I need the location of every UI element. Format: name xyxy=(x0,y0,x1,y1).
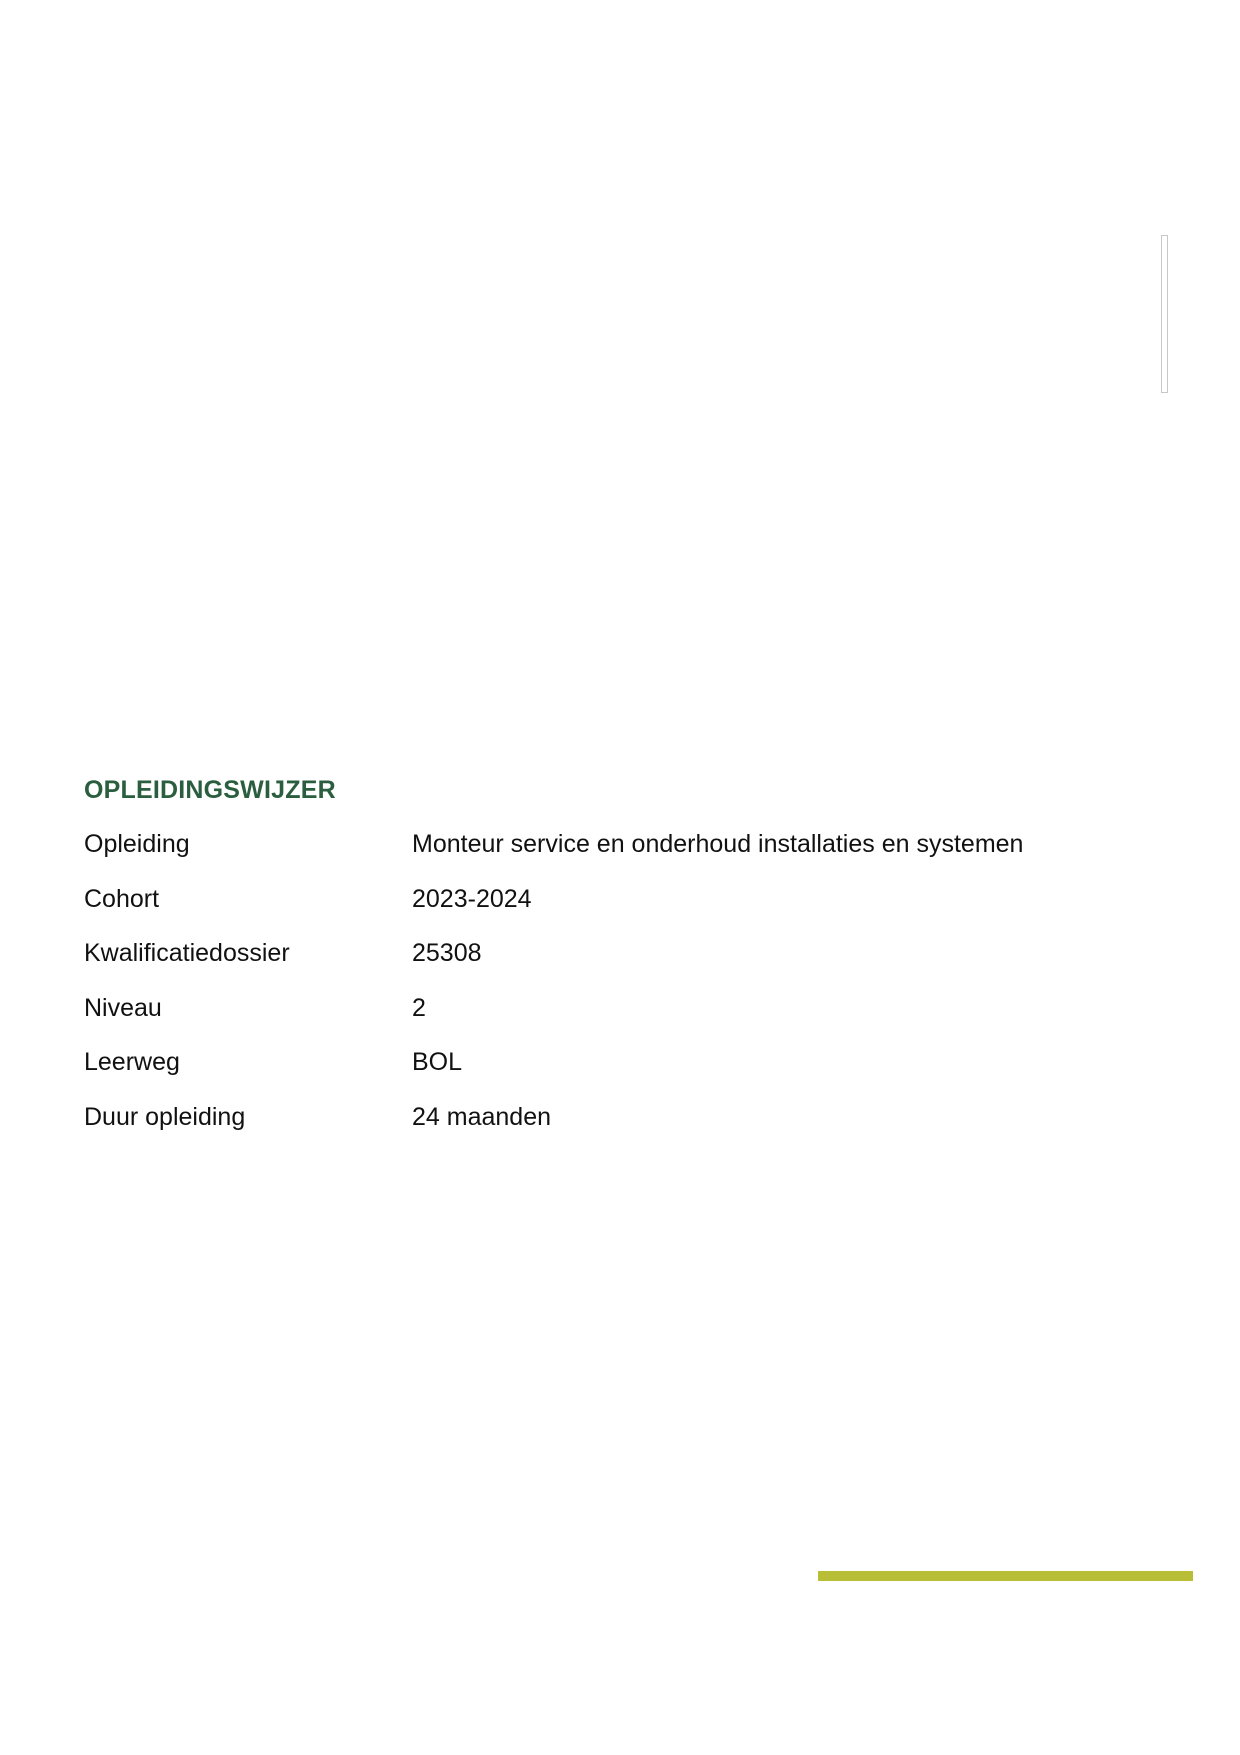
row-label: Niveau xyxy=(84,990,162,1026)
row-label: Leerweg xyxy=(84,1044,180,1080)
side-marker-frame xyxy=(1161,235,1168,393)
row-value: 2 xyxy=(412,990,426,1026)
row-label: Opleiding xyxy=(84,826,190,862)
row-value: 24 maanden xyxy=(412,1099,551,1135)
row-label: Kwalificatiedossier xyxy=(84,935,290,971)
accent-bar xyxy=(818,1571,1193,1581)
row-value: 2023-2024 xyxy=(412,881,532,917)
row-value: 25308 xyxy=(412,935,482,971)
row-label: Cohort xyxy=(84,881,159,917)
row-value: BOL xyxy=(412,1044,462,1080)
section-title: OPLEIDINGSWIJZER xyxy=(84,776,336,805)
row-value: Monteur service en onderhoud installatie… xyxy=(412,826,1023,862)
row-label: Duur opleiding xyxy=(84,1099,245,1135)
